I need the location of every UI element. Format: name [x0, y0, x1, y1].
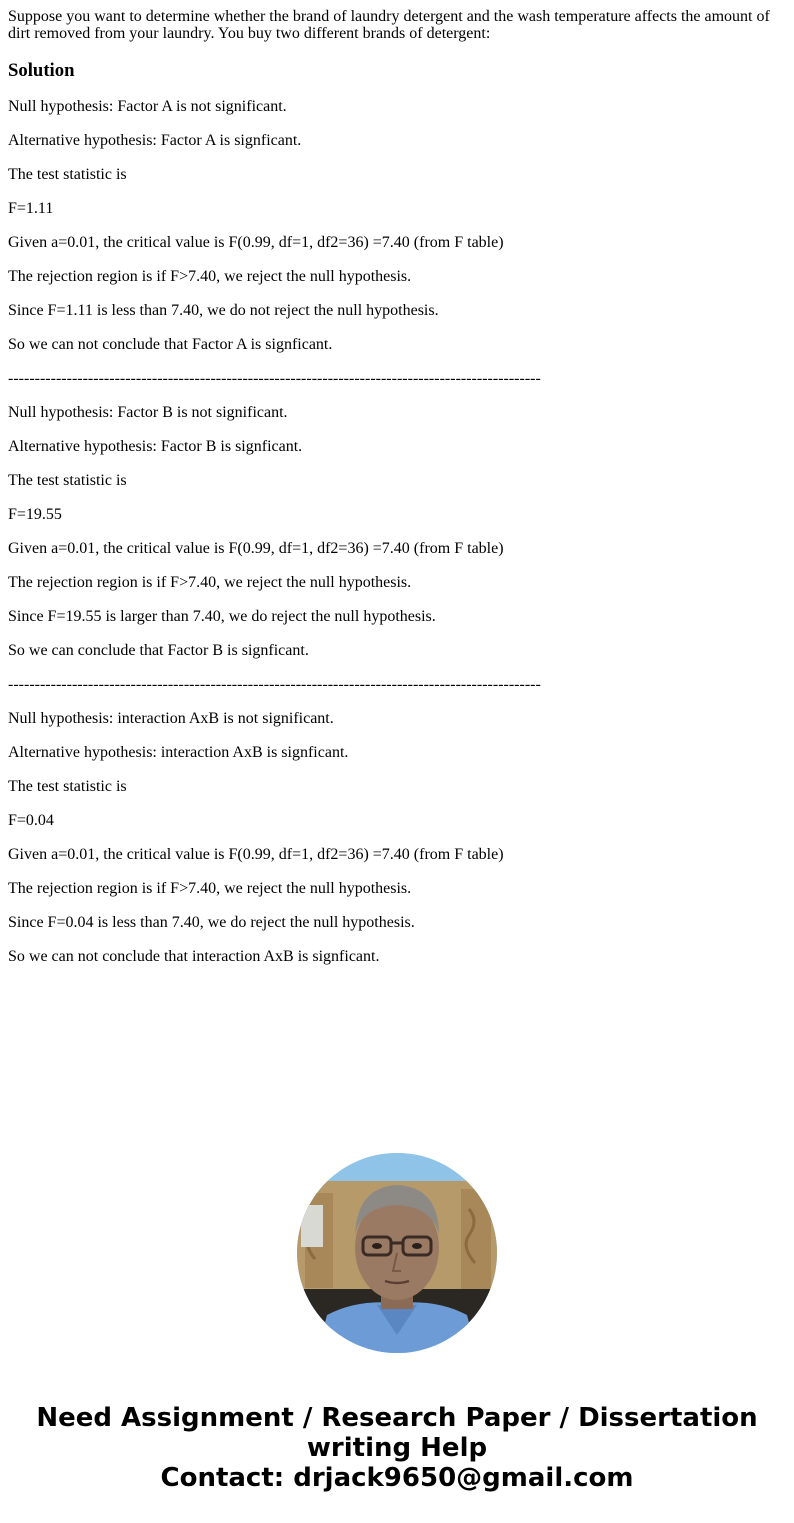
section-factor-a: Null hypothesis: Factor A is not signifi… — [8, 98, 786, 354]
alternative-hypothesis: Alternative hypothesis: Factor A is sign… — [8, 132, 786, 150]
section-divider: ----------------------------------------… — [8, 370, 786, 388]
test-statistic-value: F=1.11 — [8, 200, 786, 218]
solution-body: Null hypothesis: Factor A is not signifi… — [8, 98, 786, 966]
question-text: Suppose you want to determine whether th… — [8, 8, 786, 42]
critical-value: Given a=0.01, the critical value is F(0.… — [8, 540, 786, 558]
person-photo-icon — [297, 1153, 497, 1353]
null-hypothesis: Null hypothesis: interaction AxB is not … — [8, 710, 786, 728]
section-interaction-axb: Null hypothesis: interaction AxB is not … — [8, 710, 786, 966]
promo-contact: Contact: drjack9650@gmail.com — [0, 1463, 794, 1493]
conclusion: So we can not conclude that interaction … — [8, 948, 786, 966]
alternative-hypothesis: Alternative hypothesis: interaction AxB … — [8, 744, 786, 762]
solution-heading: Solution — [8, 60, 786, 82]
decision: Since F=19.55 is larger than 7.40, we do… — [8, 608, 786, 626]
critical-value: Given a=0.01, the critical value is F(0.… — [8, 846, 786, 864]
test-statistic-label: The test statistic is — [8, 778, 786, 796]
document-body: Suppose you want to determine whether th… — [8, 8, 786, 982]
null-hypothesis: Null hypothesis: Factor B is not signifi… — [8, 404, 786, 422]
test-statistic-label: The test statistic is — [8, 166, 786, 184]
rejection-region: The rejection region is if F>7.40, we re… — [8, 574, 786, 592]
alternative-hypothesis: Alternative hypothesis: Factor B is sign… — [8, 438, 786, 456]
conclusion: So we can not conclude that Factor A is … — [8, 336, 786, 354]
tutor-avatar — [297, 1153, 497, 1353]
test-statistic-value: F=19.55 — [8, 506, 786, 524]
decision: Since F=1.11 is less than 7.40, we do no… — [8, 302, 786, 320]
decision: Since F=0.04 is less than 7.40, we do re… — [8, 914, 786, 932]
test-statistic-label: The test statistic is — [8, 472, 786, 490]
null-hypothesis: Null hypothesis: Factor A is not signifi… — [8, 98, 786, 116]
rejection-region: The rejection region is if F>7.40, we re… — [8, 268, 786, 286]
section-divider: ----------------------------------------… — [8, 676, 786, 694]
critical-value: Given a=0.01, the critical value is F(0.… — [8, 234, 786, 252]
promo-banner: Need Assignment / Research Paper / Disse… — [0, 1403, 794, 1493]
test-statistic-value: F=0.04 — [8, 812, 786, 830]
conclusion: So we can conclude that Factor B is sign… — [8, 642, 786, 660]
rejection-region: The rejection region is if F>7.40, we re… — [8, 880, 786, 898]
promo-line-2: writing Help — [0, 1433, 794, 1463]
section-factor-b: Null hypothesis: Factor B is not signifi… — [8, 404, 786, 660]
promo-line-1: Need Assignment / Research Paper / Disse… — [0, 1403, 794, 1433]
